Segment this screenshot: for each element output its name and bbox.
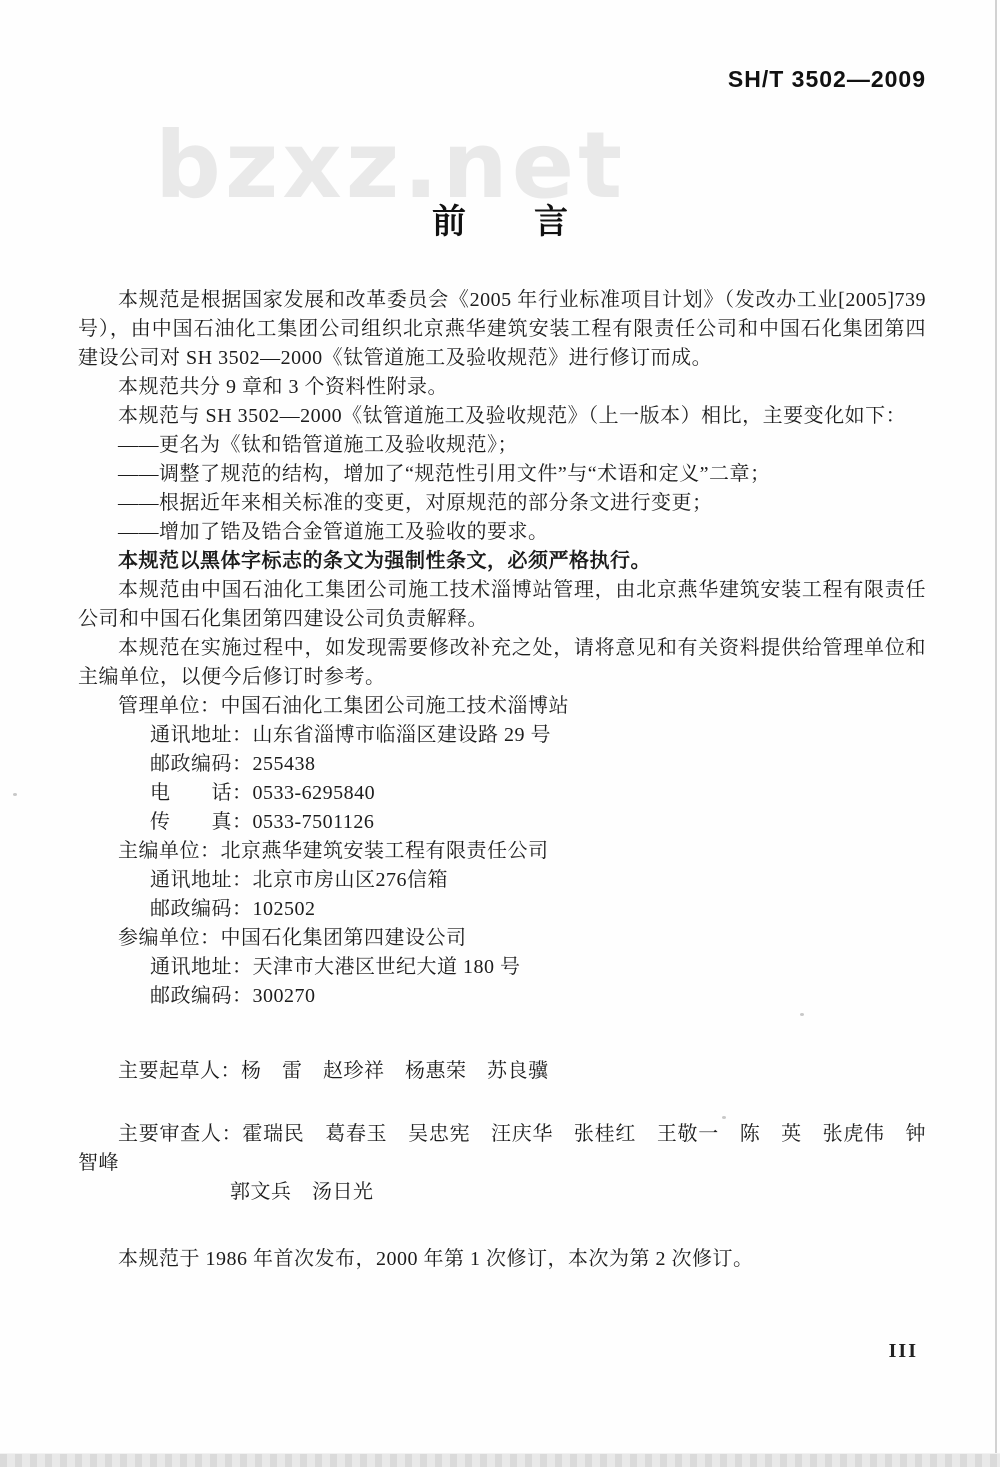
paragraph-line: ——调整了规范的结构，增加了“规范性引用文件”与“术语和定义”二章；: [78, 460, 926, 489]
paragraph-line: 本规范于 1986 年首次发布，2000 年第 1 次修订，本次为第 2 次修订…: [78, 1245, 926, 1274]
paragraph-line: 本规范以黑体字标志的条文为强制性条文，必须严格执行。: [78, 547, 926, 576]
paragraph-line: ——根据近年来相关标准的变更，对原规范的部分条文进行变更；: [78, 489, 926, 518]
paragraph-line: 通讯地址：北京市房山区276信箱: [150, 866, 926, 895]
page-title: 前 言: [0, 194, 1000, 243]
paragraph-line: 传 真：0533-7501126: [150, 808, 926, 837]
paragraph-line: 邮政编码：102502: [150, 895, 926, 924]
paragraph-line: 电 话：0533-6295840: [150, 779, 926, 808]
paragraph-line: 邮政编码：300270: [150, 982, 926, 1011]
standard-code: SH/T 3502—2009: [728, 66, 926, 93]
paragraph-line: 本规范与 SH 3502—2000《钛管道施工及验收规范》（上一版本）相比，主要…: [78, 402, 926, 431]
paragraph-line: 主编单位：北京燕华建筑安装工程有限责任公司: [78, 837, 926, 866]
paragraph-line: 主要审查人：霍瑞民 葛春玉 吴忠宪 汪庆华 张桂红 王敬一 陈 英 张虎伟 钟智…: [78, 1120, 926, 1178]
scan-speck: [800, 1013, 804, 1016]
document-page: SH/T 3502—2009 bzxz.net 前 言 本规范是根据国家发展和改…: [0, 0, 1000, 1467]
paragraph-line: 通讯地址：山东省淄博市临淄区建设路 29 号: [150, 721, 926, 750]
scan-speck: [13, 793, 17, 796]
paragraph-line: 主要起草人：杨 雷 赵珍祥 杨惠荣 苏良骥: [78, 1057, 926, 1086]
paragraph-line: 参编单位：中国石化集团第四建设公司: [78, 924, 926, 953]
paragraph-line: ——更名为《钛和锆管道施工及验收规范》；: [78, 431, 926, 460]
page-number: III: [889, 1340, 918, 1363]
paragraph-line: 本规范是根据国家发展和改革委员会《2005 年行业标准项目计划》（发改办工业[2…: [78, 286, 926, 373]
scan-speck: [722, 1116, 726, 1119]
paragraph-line: 本规范共分 9 章和 3 个资料性附录。: [78, 373, 926, 402]
paragraph-line: 通讯地址：天津市大港区世纪大道 180 号: [150, 953, 926, 982]
paragraph-line: 邮政编码：255438: [150, 750, 926, 779]
scan-edge-right: [995, 0, 997, 1467]
paragraph-line: 本规范在实施过程中，如发现需要修改补充之处，请将意见和有关资料提供给管理单位和主…: [78, 634, 926, 692]
foreword-body: 本规范是根据国家发展和改革委员会《2005 年行业标准项目计划》（发改办工业[2…: [78, 286, 926, 1274]
paragraph-line: 郭文兵 汤日光: [230, 1178, 926, 1207]
scan-edge-bottom: [0, 1453, 1000, 1467]
paragraph-line: 管理单位：中国石油化工集团公司施工技术淄博站: [78, 692, 926, 721]
paragraph-line: ——增加了锆及锆合金管道施工及验收的要求。: [78, 518, 926, 547]
paragraph-line: 本规范由中国石油化工集团公司施工技术淄博站管理，由北京燕华建筑安装工程有限责任公…: [78, 576, 926, 634]
